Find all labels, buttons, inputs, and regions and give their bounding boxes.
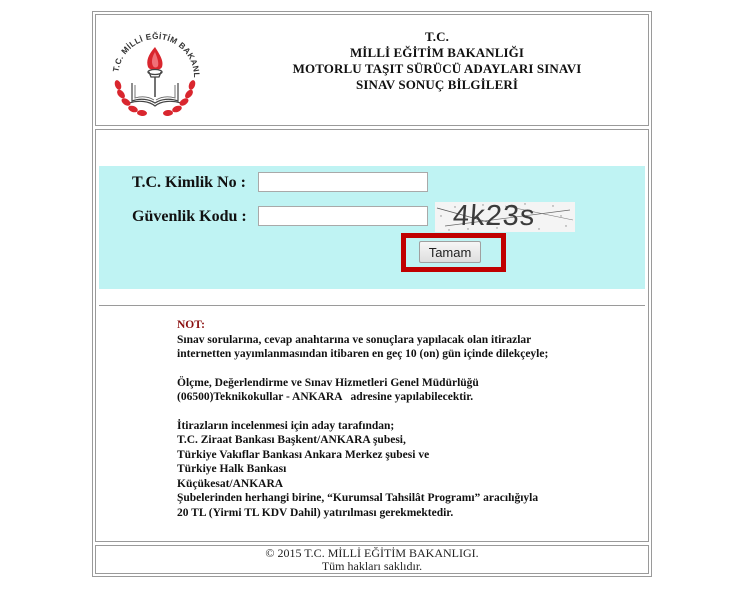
- note-line: Türkiye Vakıflar Bankası Ankara Merkez ş…: [177, 448, 597, 463]
- tc-kimlik-input[interactable]: [258, 172, 428, 192]
- header-line-results: SINAV SONUÇ BİLGİLERİ: [226, 77, 648, 93]
- note-line: İtirazların incelenmesi için aday tarafı…: [177, 419, 597, 434]
- note-line: (06500)Teknikokullar - ANKARA adresine y…: [177, 390, 597, 405]
- captcha-image: 4k23s: [435, 202, 575, 232]
- header-line-ministry: MİLLİ EĞİTİM BAKANLIĞI: [226, 45, 648, 61]
- note-section: NOT: Sınav sorularına, cevap anahtarına …: [177, 318, 597, 520]
- note-line: Ölçme, Değerlendirme ve Sınav Hizmetleri…: [177, 376, 597, 391]
- header-title: T.C. MİLLİ EĞİTİM BAKANLIĞI MOTORLU TAŞI…: [226, 29, 648, 93]
- page-frame: T.C. MİLLİ EĞİTİM BAKANLIĞI: [92, 11, 652, 577]
- login-form: T.C. Kimlik No : Güvenlik Kodu : 4k23s: [99, 166, 645, 289]
- header-line-tc: T.C.: [226, 29, 648, 45]
- note-line: Şubelerinden herhangi birine, “Kurumsal …: [177, 491, 597, 506]
- tc-kimlik-label: T.C. Kimlik No :: [132, 174, 246, 192]
- note-title: NOT:: [177, 318, 597, 333]
- note-line: T.C. Ziraat Bankası Başkent/ANKARA şubes…: [177, 433, 597, 448]
- note-line: Türkiye Halk Bankası: [177, 462, 597, 477]
- section-divider: [99, 305, 645, 306]
- ministry-emblem-icon: T.C. MİLLİ EĞİTİM BAKANLIĞI: [104, 19, 206, 121]
- header-line-exam: MOTORLU TAŞIT SÜRÜCÜ ADAYLARI SINAVI: [226, 61, 648, 77]
- note-line: Sınav sorularına, cevap anahtarına ve so…: [177, 333, 597, 348]
- note-line: 20 TL (Yirmi TL KDV Dahil) yatırılması g…: [177, 506, 597, 521]
- security-code-label: Güvenlik Kodu :: [132, 208, 247, 226]
- submit-button[interactable]: Tamam: [419, 241, 481, 263]
- note-line: internetten yayımlanmasından itibaren en…: [177, 347, 597, 362]
- ministry-logo: T.C. MİLLİ EĞİTİM BAKANLIĞI: [104, 19, 206, 121]
- header: T.C. MİLLİ EĞİTİM BAKANLIĞI: [95, 14, 649, 126]
- note-line: Küçükesat/ANKARA: [177, 477, 597, 492]
- rights-text: Tüm hakları saklıdır.: [96, 560, 648, 573]
- captcha-text: 4k23s: [452, 202, 537, 232]
- footer: © 2015 T.C. MİLLİ EĞİTİM BAKANLIGI. Tüm …: [95, 545, 649, 574]
- main-content: T.C. Kimlik No : Güvenlik Kodu : 4k23s: [95, 129, 649, 542]
- security-code-input[interactable]: [258, 206, 428, 226]
